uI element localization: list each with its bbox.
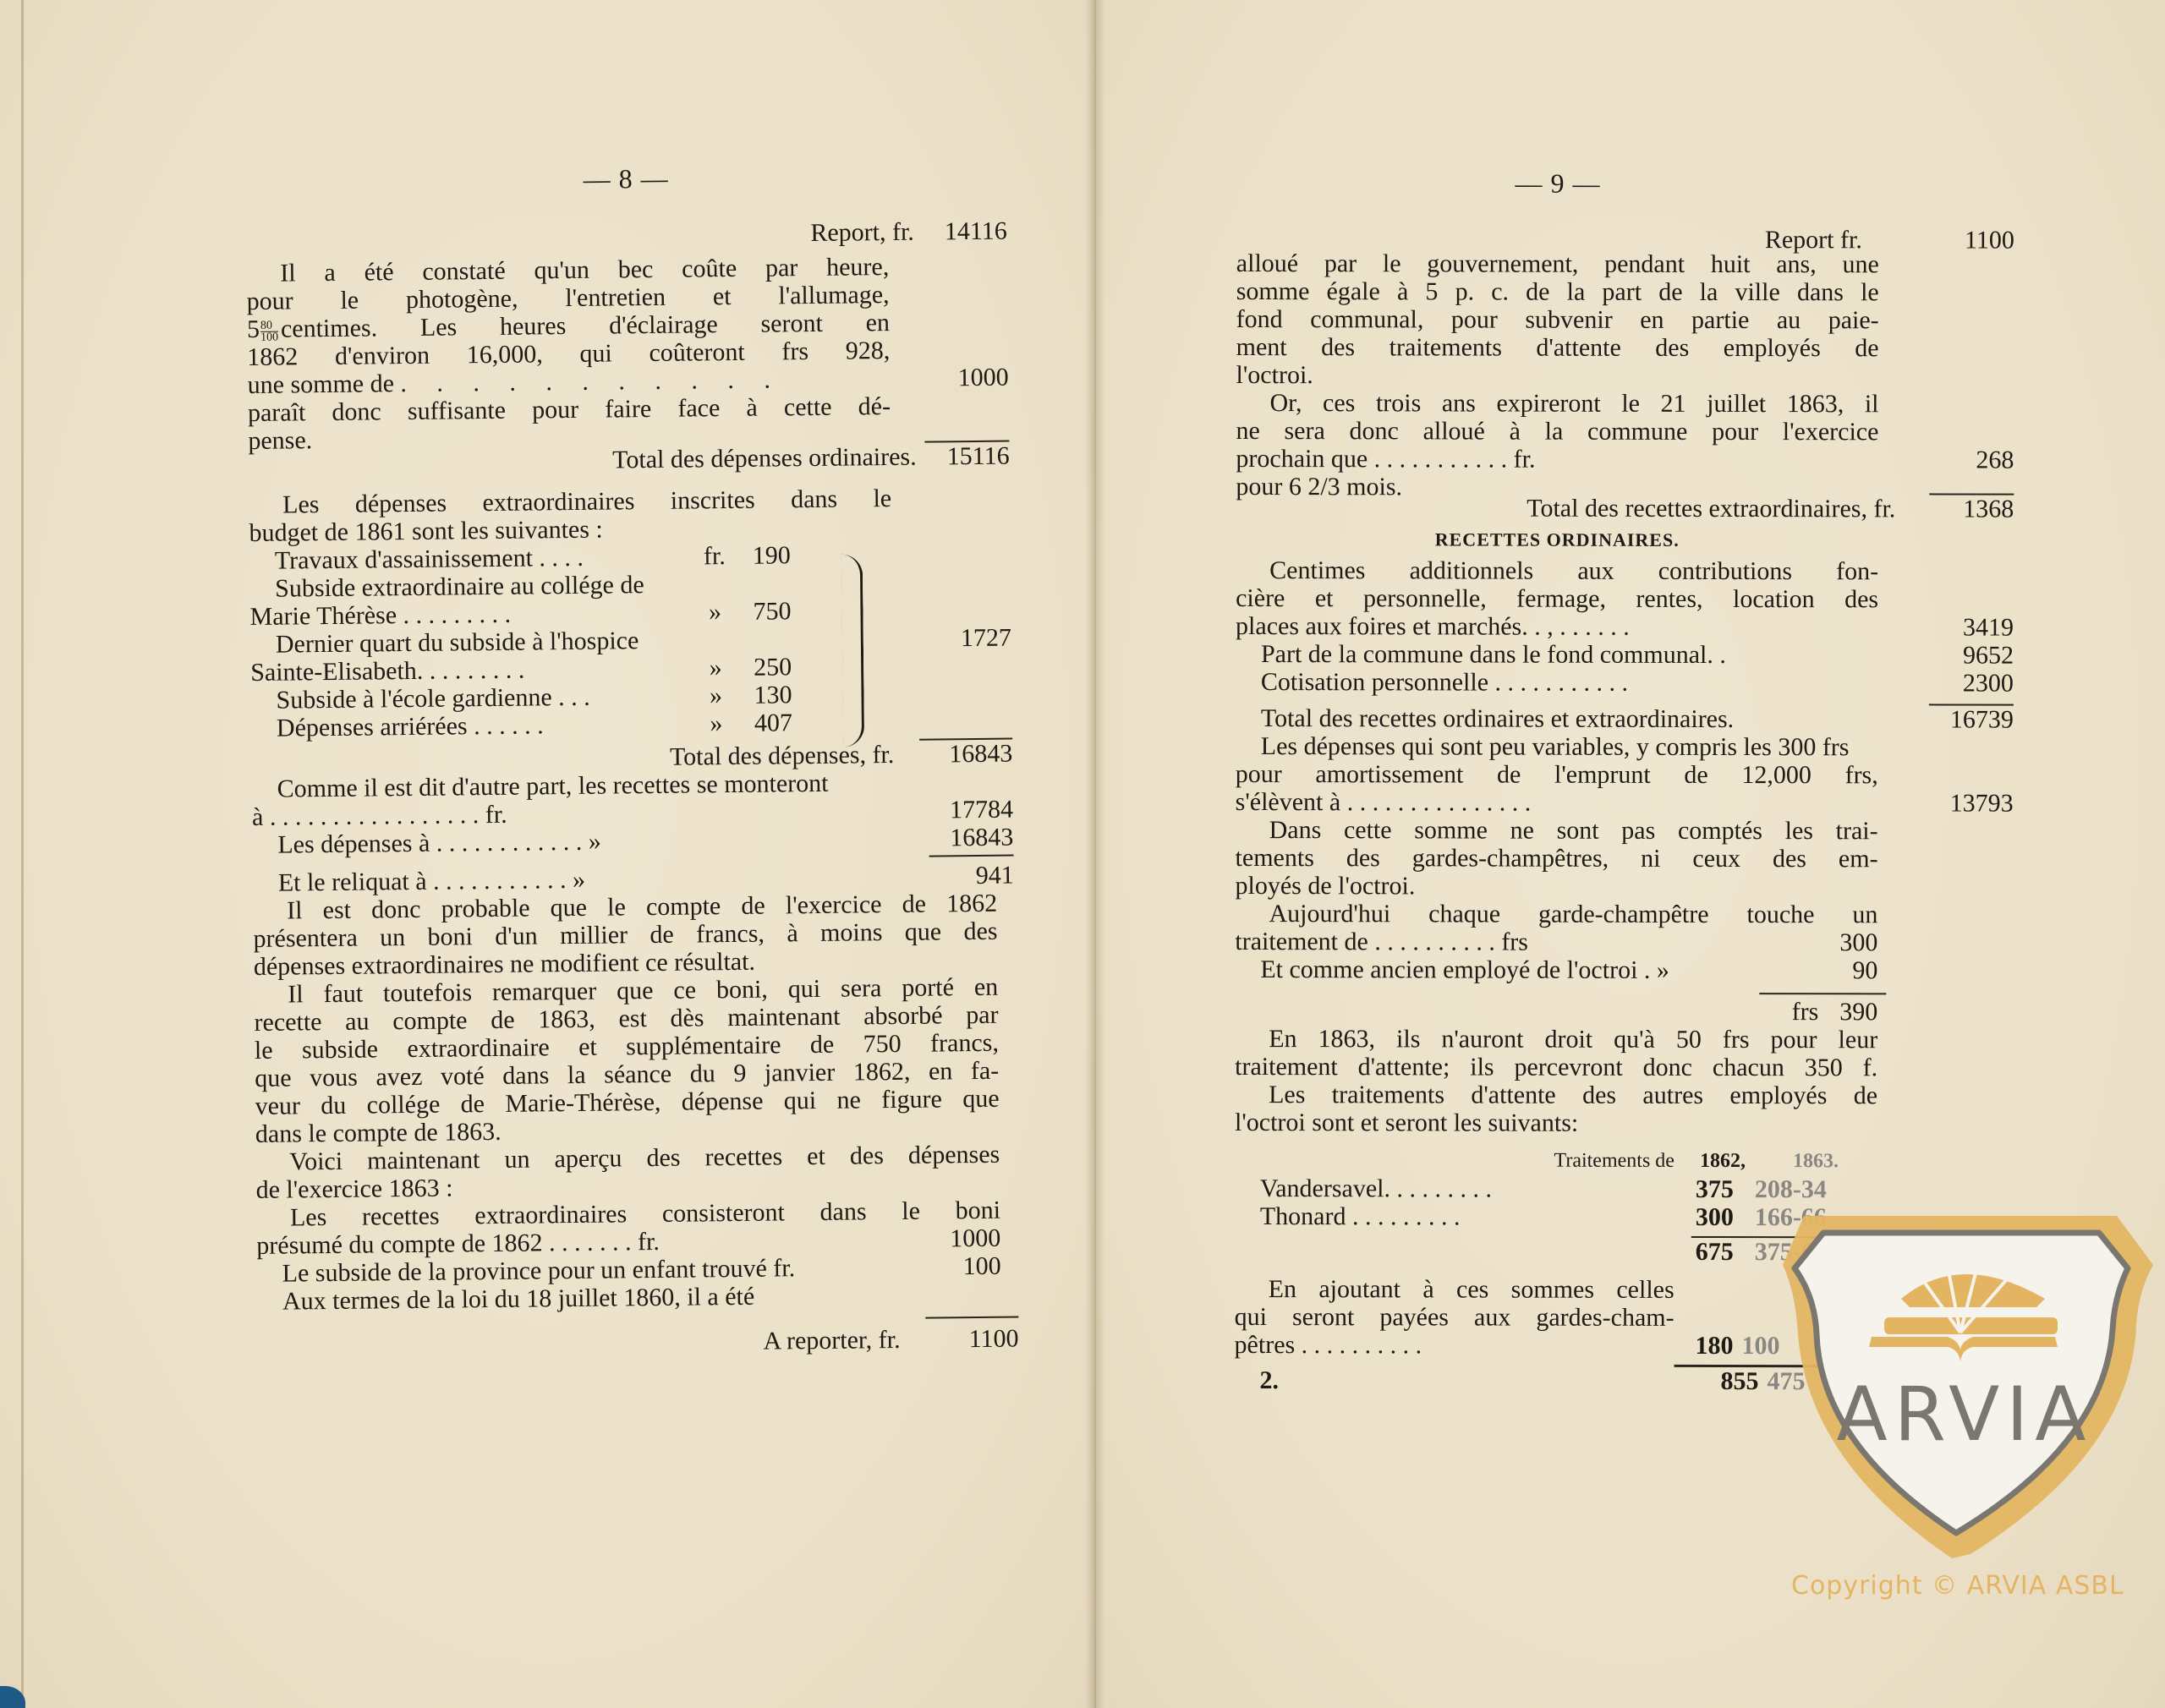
expire-paragraph: Or, ces trois ans expireront le 21 juill… [1236,389,1878,446]
arvia-shield-logo: ARVIA [1783,1199,2155,1563]
book-gutter [1085,0,1105,1708]
receipts-1863: Les recettes extraordinaires consisteron… [256,1196,1001,1316]
list-item: Part de la commune dans le fond communal… [1236,640,2014,670]
extraordinary-total: 1727 [918,624,1011,653]
page-edge [21,0,24,1708]
paragraph-absorbed: Il faut toutefois remarquer que ce boni,… [254,973,1000,1148]
sum-rule [925,1317,1018,1319]
logo-text: ARVIA [1837,1371,2093,1458]
page-number: — 9 — [1236,169,1879,226]
government-paragraph: alloué par le gouvernement, pendant huit… [1236,249,1879,390]
paragraph-boni: Il est donc probable que le compte de l'… [253,890,998,981]
in-1863-paragraph: En 1863, ils n'auront droit qu'à 50 frs … [1235,1025,1877,1081]
ordinary-receipts: Centimes additionnels aux contributions … [1236,556,1878,613]
paragraph-overview: Voici maintenant un aperçu des recettes … [255,1141,1000,1204]
left-page-text: — 8 — Report, fr. 14116 Il a été constat… [245,161,1019,1360]
section-heading: RECETTES ORDINAIRES. [1236,525,1878,554]
guard-salary: Aujourd'hui chaque garde-champêtre touch… [1235,900,1877,1026]
list-item: places aux foires et marchés. . , . . . … [1236,612,2014,642]
fraction: 80100 [260,320,278,342]
page-number: — 8 — [245,161,1007,225]
list-item: Cotisation personnelle . . . . . . . . .… [1236,668,2014,698]
total-extraordinary-receipts: Total des recettes extraordinaires, fr. … [1236,494,2014,523]
sum-rule [1759,993,1886,994]
not-counted-paragraph: Dans cette somme ne sont pas comptés les… [1235,816,1877,901]
lighting-paragraph: Il a été constaté qu'un bec coûte par he… [246,253,890,371]
fixed-expenses-line: s'élèvent à . . . . . . . . . . . . . . … [1236,788,2014,818]
extraordinary-expenses-list: Travaux d'assainissement . . . . fr. 190… [249,539,1012,742]
table-header: Traitements de 1862, 1863. [1235,1147,2013,1176]
curly-brace-icon [841,554,864,747]
sum-rule [929,855,1014,857]
copyright-notice: Copyright © ARVIA ASBL [1791,1571,2124,1601]
total-all-receipts: Total des recettes ordinaires et extraor… [1236,704,2014,734]
other-employees-paragraph: Les traitements d'attente des autres emp… [1235,1081,1877,1137]
